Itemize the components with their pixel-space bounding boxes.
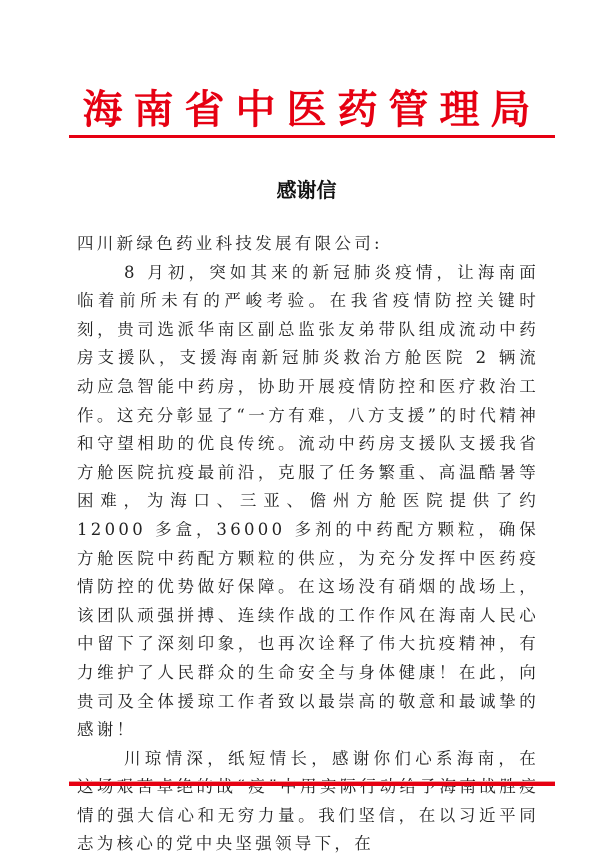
letterhead-red-rule: [69, 135, 555, 138]
letterhead-organization-name: 海南省中医药管理局: [0, 86, 613, 134]
document-title: 感谢信: [0, 176, 613, 204]
salutation: 四川新绿色药业科技发展有限公司:: [77, 230, 539, 259]
paragraph-2: 川琼情深，纸短情长，感谢你们心系海南，在这场艰苦卓绝的战“疫”中用实际行动给予海…: [77, 745, 539, 859]
footer-red-rule: [69, 782, 555, 786]
letter-body: 四川新绿色药业科技发展有限公司: 8 月初，突如其来的新冠肺炎疫情，让海南面临着…: [77, 230, 539, 859]
paragraph-1: 8 月初，突如其来的新冠肺炎疫情，让海南面临着前所未有的严峻考验。在我省疫情防控…: [77, 259, 539, 745]
